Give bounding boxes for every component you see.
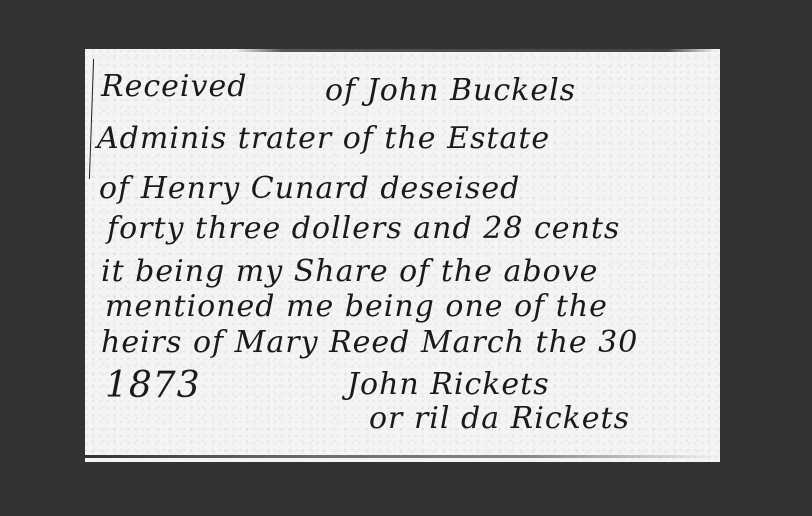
paper-bottom-edge bbox=[85, 455, 720, 458]
receipt-line-payer: of John Buckels bbox=[325, 73, 576, 108]
paper-top-edge bbox=[235, 49, 715, 52]
receipt-line-share: it being my Share of the above bbox=[101, 254, 598, 289]
paper-left-rule bbox=[89, 59, 94, 179]
receipt-line-heir: mentioned me being one of the bbox=[105, 289, 608, 324]
receipt-line-date: heirs of Mary Reed March the 30 bbox=[101, 325, 638, 360]
receipt-line-deceased: of Henry Cunard deseised bbox=[99, 171, 520, 206]
receipt-line-amount: forty three dollers and 28 cents bbox=[107, 211, 620, 246]
receipt-line-received: Received bbox=[101, 69, 247, 104]
signature-john-rickets: John Rickets bbox=[347, 367, 550, 402]
receipt-line-administrator: Adminis trater of the Estate bbox=[97, 121, 550, 156]
signature-second: or ril da Rickets bbox=[369, 401, 630, 436]
receipt-document: Received of John Buckels Adminis trater … bbox=[85, 49, 720, 462]
receipt-line-year: 1873 bbox=[105, 365, 201, 406]
